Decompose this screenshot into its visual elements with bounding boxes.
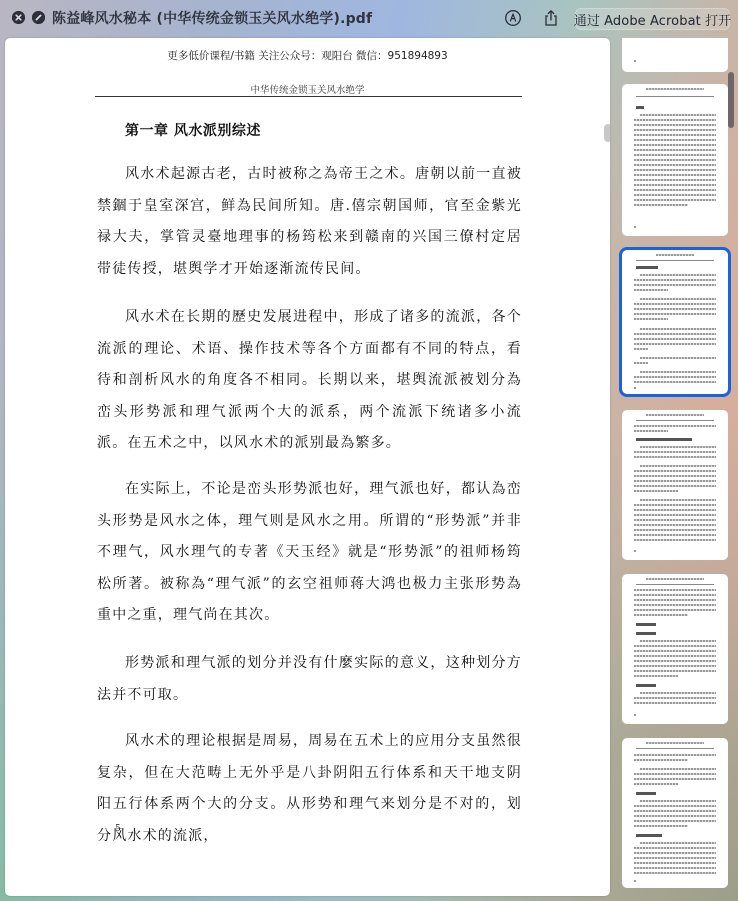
thumbnail-text-line <box>634 289 668 291</box>
thumbnail-text-line <box>634 614 688 616</box>
thumbnail-text-line <box>634 169 716 171</box>
thumbnail-text-line <box>634 303 716 305</box>
thumbnail-text-line <box>634 655 716 657</box>
thumbnail-heading <box>636 834 662 837</box>
thumbnail-text-line <box>634 778 716 780</box>
thumbnail-page-6[interactable] <box>622 410 728 560</box>
thumbnail-text-line <box>640 328 716 330</box>
running-header: 中华传统金锁玉关风水绝学 <box>5 82 610 96</box>
thumbnail-text-line <box>634 124 716 126</box>
paragraph: 在实际上，不论是峦头形势派也好，理气派也好，都认為峦头形势是风水之体，理气则是风… <box>97 474 522 632</box>
chapter-title: 第一章 风水派别综述 <box>125 120 261 140</box>
thumbnail-text-line <box>634 872 716 874</box>
thumbnail-text-line <box>634 174 716 176</box>
markup-pen-icon <box>504 9 522 27</box>
page-scrollbar-thumb[interactable] <box>604 124 610 142</box>
thumbnail-text-line <box>640 298 716 300</box>
thumbnail-text-line <box>634 675 678 677</box>
thumbnail-text-line <box>634 318 668 320</box>
thumbnail-text-line <box>646 742 704 744</box>
promo-banner-text: 更多低价课程/书籍 关注公众号：观阳台 微信：951894893 <box>5 48 610 63</box>
thumbnail-text-line <box>634 204 688 206</box>
thumbnail-heading <box>636 438 692 441</box>
share-icon <box>543 9 559 27</box>
paragraph: 风水术的理论根据是周易，周易在五术上的应用分支虽然很复杂，但在大范畴上无外乎是八… <box>97 726 522 852</box>
thumbnail-heading <box>636 684 656 687</box>
thumbnail-heading <box>636 623 656 626</box>
share-button[interactable] <box>541 8 561 28</box>
thumbnail-text-line <box>634 149 716 151</box>
thumbnail-page-number <box>634 880 636 882</box>
page-number: 5 <box>115 824 121 834</box>
thumbnail-heading <box>636 266 658 269</box>
thumbnail-text-line <box>634 179 716 181</box>
pdf-page-viewer[interactable]: 更多低价课程/书籍 关注公众号：观阳台 微信：951894893 中华传统金锁玉… <box>5 38 610 896</box>
thumbnail-page-3[interactable] <box>622 38 728 72</box>
thumbnail-header-rule <box>636 96 714 97</box>
thumbnail-text-line <box>640 842 716 844</box>
thumbnail-heading <box>636 106 644 109</box>
close-icon <box>12 11 25 24</box>
thumbnail-text-line <box>634 144 716 146</box>
open-in-acrobat-button[interactable]: 通过 Adobe Acrobat 打开 <box>575 8 730 30</box>
thumbnail-text-line <box>634 534 716 536</box>
thumbnail-text-line <box>634 284 716 286</box>
thumbnail-text-line <box>634 154 716 156</box>
paragraph: 风水术在长期的歷史发展进程中，形成了诸多的流派，各个流派的理论、术语、操作技术等… <box>97 302 522 460</box>
thumbnail-text-line <box>634 589 716 591</box>
thumbnail-text-line <box>634 604 716 606</box>
thumbnail-text-line <box>634 847 716 849</box>
thumbnail-text-line <box>640 371 716 373</box>
close-button[interactable] <box>12 11 25 24</box>
thumbnail-text-line <box>634 159 716 161</box>
thumbnail-text-line <box>634 480 716 482</box>
thumbnail-text-line <box>634 609 716 611</box>
thumbnail-text-line <box>640 692 716 694</box>
thumbnail-page-8[interactable] <box>622 738 728 888</box>
thumbnail-text-line <box>634 599 716 601</box>
paragraph: 风水术起源古老，古时被称之為帝王之术。唐朝以前一直被禁錮于皇室深宫，鲜為民间所知… <box>97 159 522 285</box>
thumbnail-header-rule <box>636 260 714 261</box>
thumbnail-text-line <box>634 184 716 186</box>
thumbnail-text-line <box>634 867 716 869</box>
thumbnail-text-line <box>634 376 716 378</box>
thumbnail-text-line <box>634 519 716 521</box>
thumbnail-text-line <box>640 465 716 467</box>
thumbnail-text-line <box>634 164 716 166</box>
thumbnail-text-line <box>640 114 716 116</box>
thumbnail-text-line <box>634 594 716 596</box>
sidebar-scrollbar-thumb[interactable] <box>728 72 734 128</box>
thumbnail-text-line <box>634 529 716 531</box>
thumbnail-text-line <box>634 490 678 492</box>
thumbnail-page-number <box>634 550 636 552</box>
thumbnail-text-line <box>640 640 716 642</box>
minimize-icon <box>32 11 45 24</box>
thumbnail-text-line <box>640 274 716 276</box>
thumbnail-header-rule <box>636 748 714 749</box>
thumbnail-text-line <box>656 254 694 256</box>
thumbnail-text-line <box>634 759 688 761</box>
thumbnail-text-line <box>634 362 648 364</box>
thumbnail-text-line <box>634 425 716 427</box>
thumbnail-text-line <box>634 820 716 822</box>
thumbnail-text-line <box>634 825 688 827</box>
thumbnail-page-4[interactable] <box>622 84 728 236</box>
thumbnail-text-line <box>640 800 716 802</box>
thumbnail-text-line <box>634 773 716 775</box>
thumbnail-text-line <box>634 810 716 812</box>
thumbnail-text-line <box>634 650 716 652</box>
markup-button[interactable] <box>503 8 523 28</box>
thumbnail-text-line <box>634 857 716 859</box>
thumbnail-heading <box>636 792 656 795</box>
thumbnail-text-line <box>634 139 716 141</box>
thumbnail-text-line <box>634 754 716 756</box>
thumbnail-text-line <box>634 524 716 526</box>
thumbnail-text-line <box>634 815 716 817</box>
thumbnail-page-number <box>634 387 636 389</box>
thumbnail-text-line <box>634 338 716 340</box>
header-rule <box>95 96 522 97</box>
thumbnail-heading <box>636 632 656 635</box>
thumbnail-text-line <box>634 670 716 672</box>
thumbnail-text-line <box>634 456 716 458</box>
thumbnail-page-number <box>634 60 636 62</box>
title-bar: 陈益峰风水秘本 (中华传统金锁玉关风水绝学).pdf 通过 Adobe Acro… <box>0 0 738 36</box>
thumbnail-text-line <box>640 499 716 501</box>
thumbnail-text-line <box>634 645 716 647</box>
thumbnail-text-line <box>634 313 716 315</box>
thumbnail-text-line <box>634 697 716 699</box>
thumbnail-text-line <box>634 514 716 516</box>
thumbnail-text-line <box>646 578 704 580</box>
thumbnail-text-line <box>640 357 716 359</box>
thumbnail-text-line <box>634 199 716 201</box>
thumbnail-page-5[interactable] <box>622 250 728 394</box>
thumbnail-header-rule <box>636 584 714 585</box>
thumbnail-text-line <box>634 509 716 511</box>
paragraph: 形势派和理气派的划分并没有什麼实际的意义，这种划分方法并不可取。 <box>97 648 522 711</box>
thumbnail-text-line <box>640 446 716 448</box>
pdf-page: 更多低价课程/书籍 关注公众号：观阳台 微信：951894893 中华传统金锁玉… <box>5 38 610 896</box>
thumbnail-page-number <box>634 226 636 228</box>
thumbnail-text-line <box>634 129 716 131</box>
thumbnail-text-line <box>634 381 716 383</box>
thumbnail-text-line <box>634 539 716 541</box>
window-title: 陈益峰风水秘本 (中华传统金锁玉关风水绝学).pdf <box>52 8 372 28</box>
thumbnail-text-line <box>634 134 716 136</box>
thumbnail-text-line <box>634 194 716 196</box>
thumbnail-text-line <box>634 783 678 785</box>
thumbnail-text-line <box>634 702 716 704</box>
thumbnail-text-line <box>634 333 716 335</box>
minimize-button[interactable] <box>32 11 45 24</box>
thumbnail-text-line <box>634 805 716 807</box>
thumbnail-text-line <box>640 768 716 770</box>
thumbnail-text-line <box>634 485 716 487</box>
thumbnail-text-line <box>634 348 648 350</box>
thumbnail-text-line <box>634 660 716 662</box>
thumbnail-text-line <box>634 430 668 432</box>
thumbnail-text-line <box>634 475 716 477</box>
thumbnail-text-line <box>634 451 716 453</box>
thumbnail-text-line <box>634 470 716 472</box>
thumbnail-text-line <box>634 504 716 506</box>
thumbnail-sidebar[interactable] <box>614 38 738 901</box>
thumbnail-text-line <box>634 343 716 345</box>
thumbnail-text-line <box>634 279 716 281</box>
thumbnail-text-line <box>634 665 716 667</box>
thumbnail-text-line <box>634 862 716 864</box>
thumbnail-text-line <box>634 852 716 854</box>
thumbnail-text-line <box>634 189 716 191</box>
thumbnail-page-number <box>634 714 636 716</box>
thumbnail-header-rule <box>636 420 714 421</box>
thumbnail-text-line <box>634 308 716 310</box>
thumbnail-text-line <box>646 414 704 416</box>
thumbnail-text-line <box>634 119 716 121</box>
thumbnail-page-7[interactable] <box>622 574 728 724</box>
thumbnail-text-line <box>646 88 704 90</box>
